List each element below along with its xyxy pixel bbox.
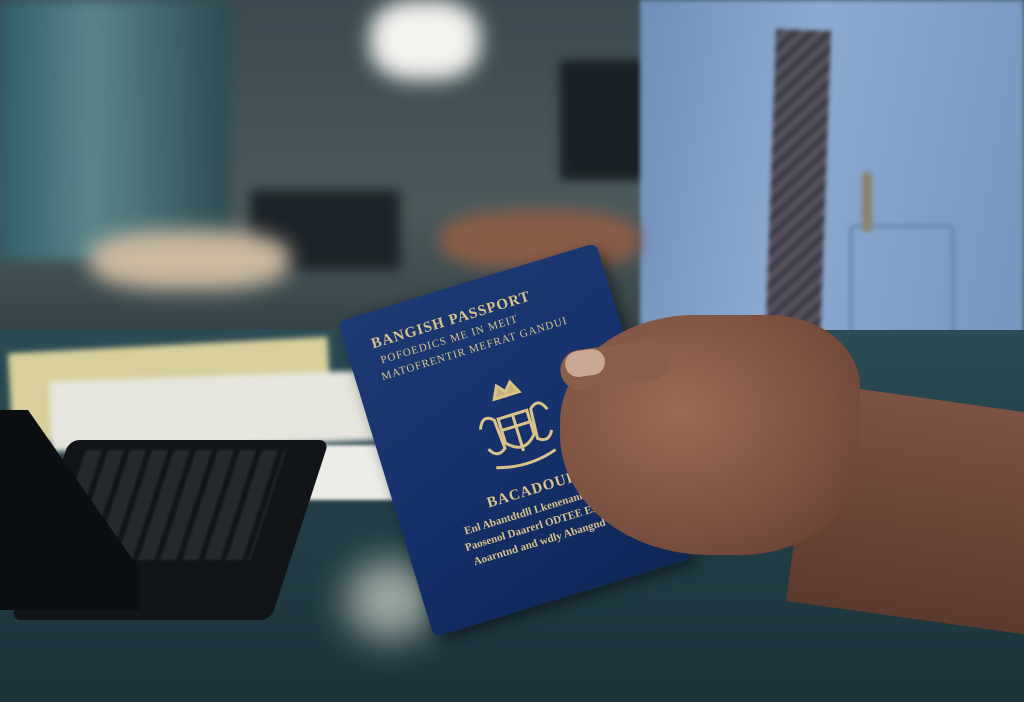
background-window <box>0 0 230 260</box>
background-hand-left <box>90 230 290 290</box>
pen-icon <box>862 172 872 232</box>
background-light <box>370 0 480 80</box>
photo-scene: BANGISH PASSPORT POFOEDICS ME IN MEIT MA… <box>0 0 1024 702</box>
shirt-pocket <box>850 225 954 339</box>
coat-of-arms-icon <box>458 363 573 485</box>
